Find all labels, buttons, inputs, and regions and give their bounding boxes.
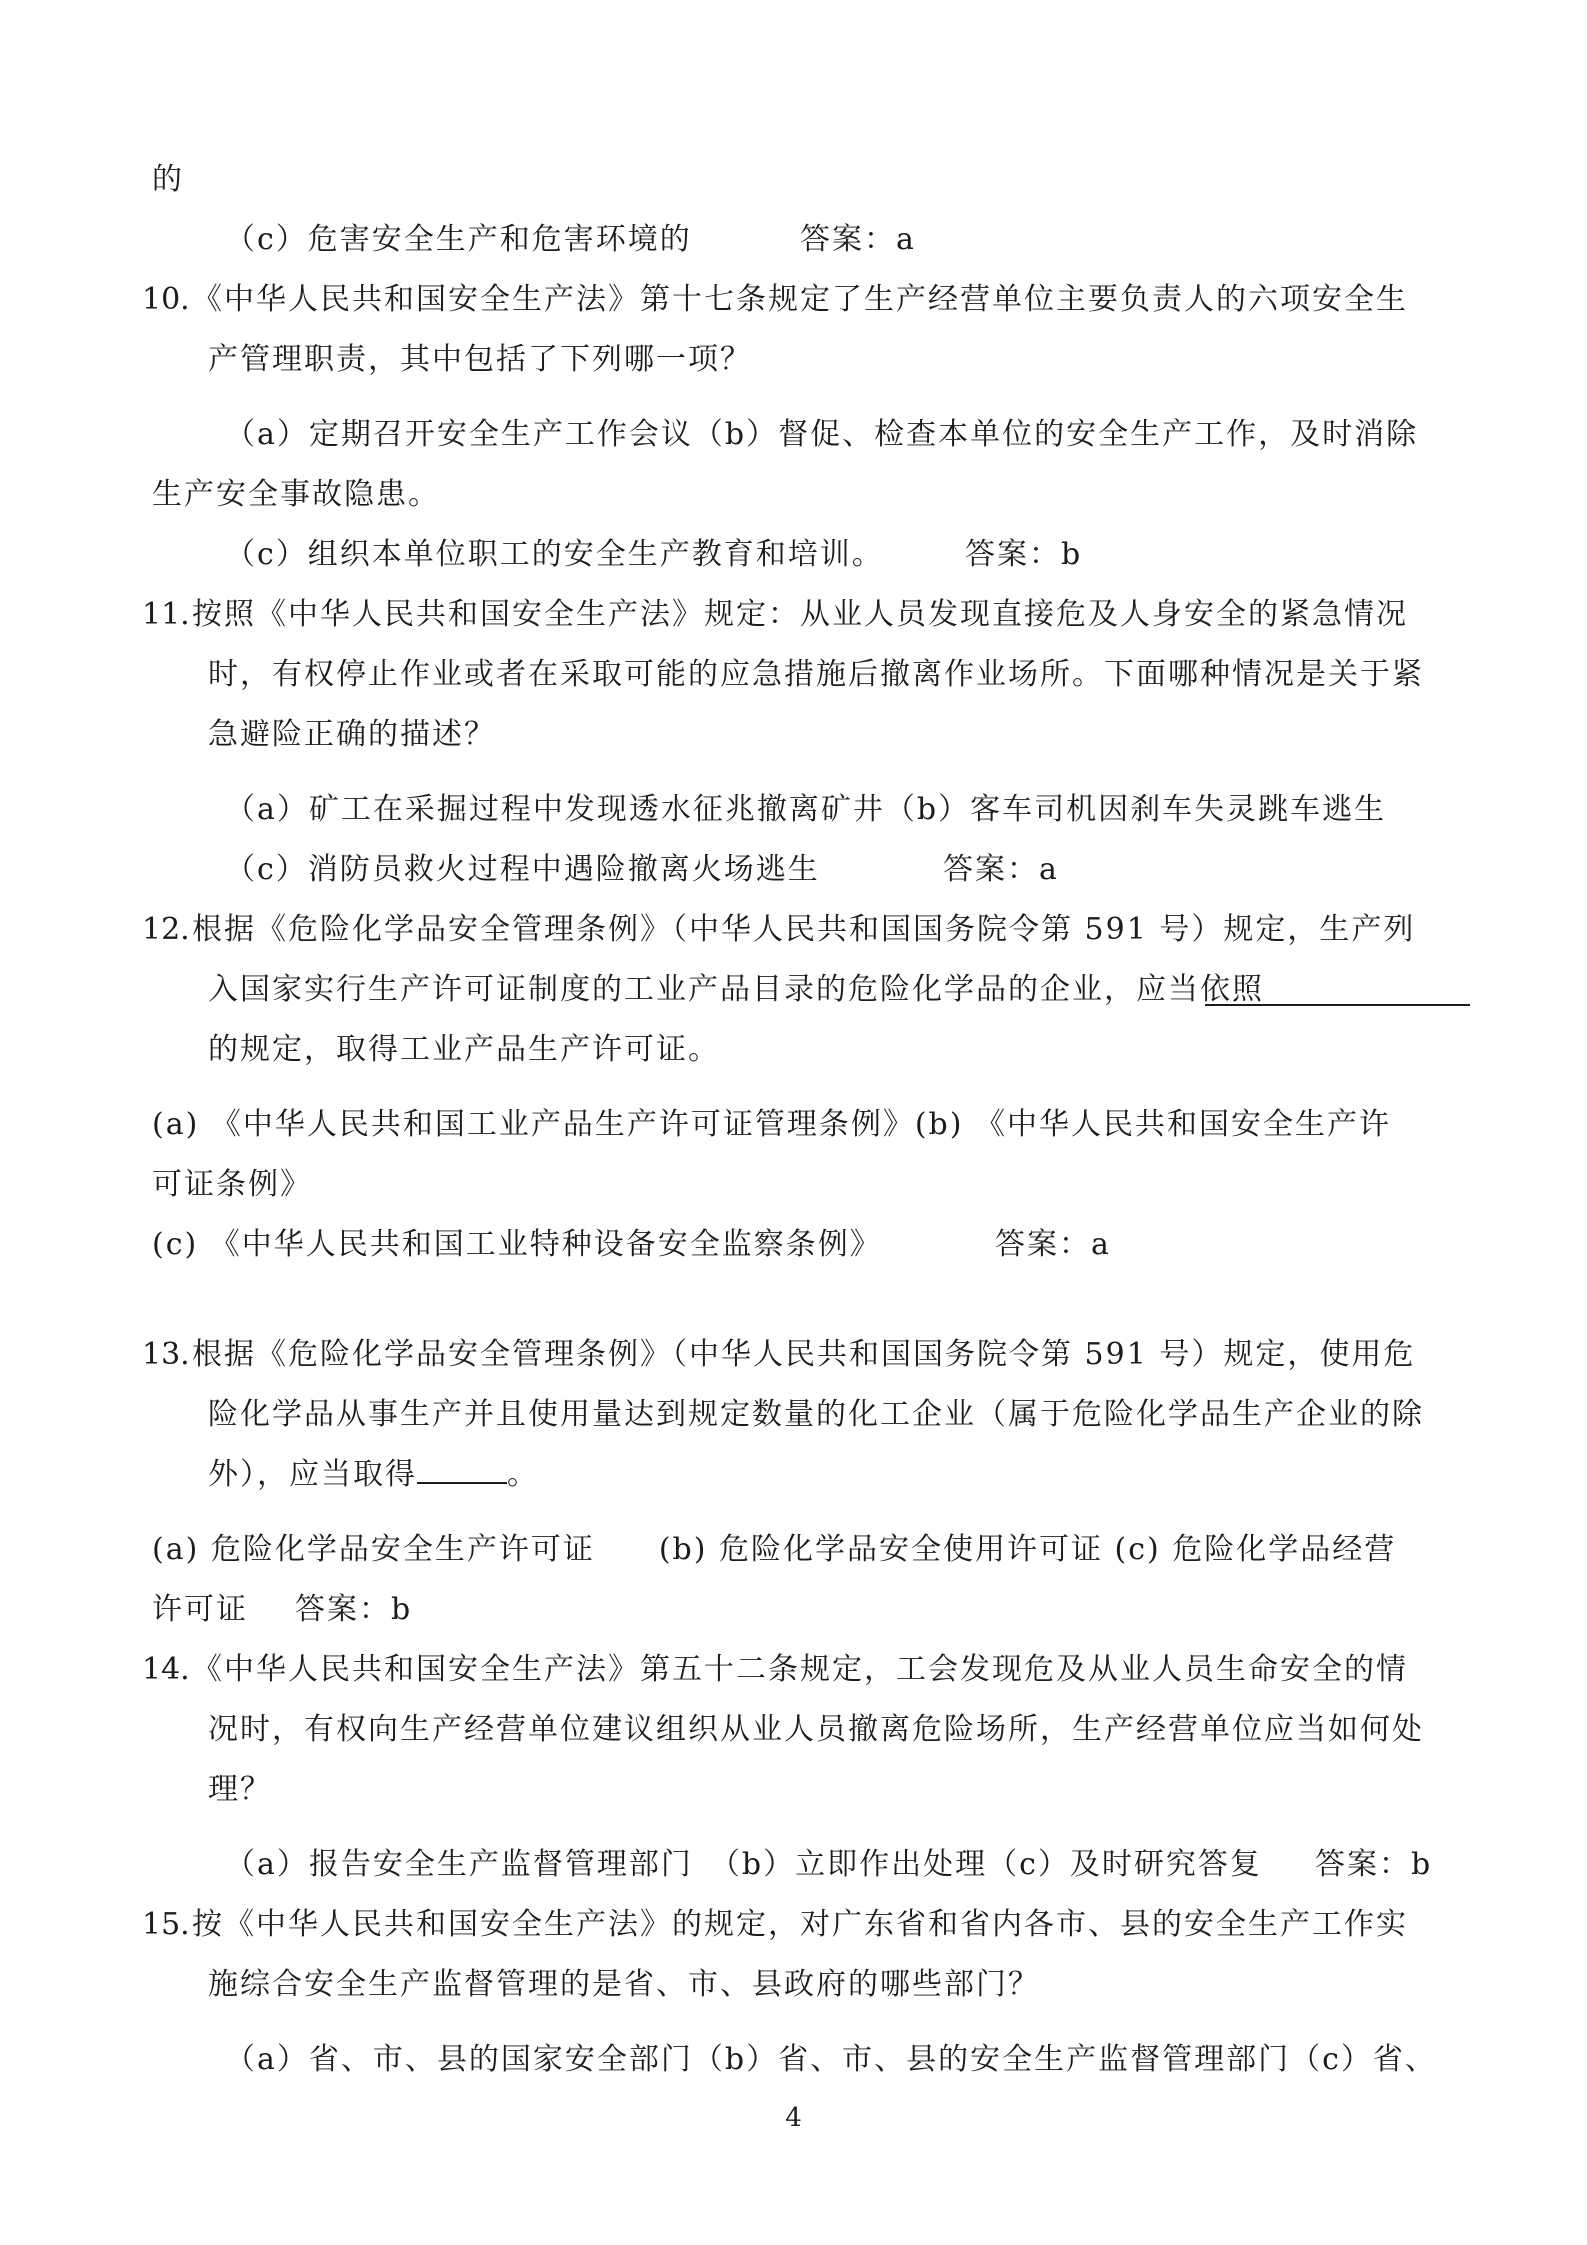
line-text: 根据《危险化学品安全管理条例》（中华人民共和国国务院令第 591 号）规定，使用…: [192, 1337, 1415, 1372]
line-text: 根据《危险化学品安全管理条例》（中华人民共和国国务院令第 591 号）规定，生产…: [192, 912, 1415, 947]
text-line: 理？: [0, 1760, 1587, 1820]
option-line: (c) 《中华人民共和国工业特种设备安全监察条例》答案：a: [0, 1215, 1587, 1275]
line-text: （a）矿工在采掘过程中发现透水征兆撤离矿井（b）客车司机因刹车失灵跳车逃生: [225, 792, 1386, 827]
question-number: 14.: [142, 1640, 192, 1700]
line-text: 时，有权停止作业或者在采取可能的应急措施后撤离作业场所。下面哪种情况是关于紧: [208, 657, 1424, 692]
text-line: 况时，有权向生产经营单位建议组织从业人员撤离危险场所，生产经营单位应当如何处: [0, 1700, 1587, 1760]
text-line: 生产安全事故隐患。: [0, 465, 1587, 525]
line-text: (c) 《中华人民共和国工业特种设备安全监察条例》: [152, 1227, 882, 1262]
line-text: (a) 《中华人民共和国工业产品生产许可证管理条例》(b) 《中华人民共和国安全…: [152, 1107, 1391, 1142]
line-text: 《中华人民共和国安全生产法》第十七条规定了生产经营单位主要负责人的六项安全生: [192, 282, 1408, 317]
text-line: 施综合安全生产监督管理的是省、市、县政府的哪些部门？: [0, 1955, 1587, 2015]
answer-label: 答案：a: [943, 840, 1059, 900]
answer-label: 答案：a: [800, 210, 916, 270]
line-text: 。: [507, 1457, 539, 1492]
page-number: 4: [0, 2098, 1587, 2138]
line-text: 可证条例》: [152, 1167, 312, 1202]
line-text: （c）消防员救火过程中遇险撤离火场逃生: [225, 852, 820, 887]
fill-in-blank-underline: [417, 1448, 507, 1484]
option-line: (a) 危险化学品安全生产许可证 (b) 危险化学品安全使用许可证 (c) 危险…: [0, 1520, 1587, 1580]
line-text: （a）定期召开安全生产工作会议（b）督促、检查本单位的安全生产工作，及时消除: [225, 417, 1418, 452]
option-line: (a) 《中华人民共和国工业产品生产许可证管理条例》(b) 《中华人民共和国安全…: [0, 1095, 1587, 1155]
line-text: 入国家实行生产许可证制度的工业产品目录的危险化学品的企业，应当依照: [208, 972, 1264, 1007]
line-text: 《中华人民共和国安全生产法》第五十二条规定，工会发现危及从业人员生命安全的情: [192, 1652, 1408, 1687]
line-text: 生产安全事故隐患。: [152, 477, 440, 512]
text-line: 险化学品从事生产并且使用量达到规定数量的化工企业（属于危险化学品生产企业的除: [0, 1385, 1587, 1445]
option-line: （a）定期召开安全生产工作会议（b）督促、检查本单位的安全生产工作，及时消除: [0, 405, 1587, 465]
answer-label: 答案：b: [965, 525, 1082, 585]
text-line: 急避险正确的描述？: [0, 705, 1587, 765]
text-line: 可证条例》: [0, 1155, 1587, 1215]
line-text: （a）报告安全生产监督管理部门 （b）立即作出处理（c）及时研究答复: [225, 1847, 1262, 1882]
question-number: 13.: [142, 1325, 192, 1385]
question-number: 10.: [142, 270, 192, 330]
text-line: 的规定，取得工业产品生产许可证。: [0, 1020, 1587, 1080]
question-number: 11.: [142, 585, 192, 645]
line-text: 外），应当取得: [208, 1457, 417, 1492]
question-number: 15.: [142, 1895, 192, 1955]
fill-in-blank-underline: [1205, 1004, 1470, 1006]
option-line: （c）危害安全生产和危害环境的答案：a: [0, 210, 1587, 270]
text-line: 外），应当取得。: [0, 1445, 1587, 1505]
option-line: （a）省、市、县的国家安全部门（b）省、市、县的安全生产监督管理部门（c）省、: [0, 2030, 1587, 2090]
option-line: （a）矿工在采掘过程中发现透水征兆撤离矿井（b）客车司机因刹车失灵跳车逃生: [0, 780, 1587, 840]
answer-label: 答案：b: [295, 1580, 412, 1640]
question-line: 14.《中华人民共和国安全生产法》第五十二条规定，工会发现危及从业人员生命安全的…: [0, 1640, 1587, 1700]
document-page: 的 （c）危害安全生产和危害环境的答案：a 10.《中华人民共和国安全生产法》第…: [0, 0, 1587, 2245]
line-text: （c）组织本单位职工的安全生产教育和培训。: [225, 537, 884, 572]
line-text: 产管理职责，其中包括了下列哪一项？: [208, 342, 752, 377]
line-text: 急避险正确的描述？: [208, 717, 496, 752]
document-content: 的 （c）危害安全生产和危害环境的答案：a 10.《中华人民共和国安全生产法》第…: [0, 0, 1587, 2138]
option-line: （c）消防员救火过程中遇险撤离火场逃生答案：a: [0, 840, 1587, 900]
answer-label: 答案：a: [995, 1215, 1111, 1275]
question-line: 12.根据《危险化学品安全管理条例》（中华人民共和国国务院令第 591 号）规定…: [0, 900, 1587, 960]
text-line: 许可证答案：b: [0, 1580, 1587, 1640]
line-text: 的规定，取得工业产品生产许可证。: [208, 1032, 720, 1067]
answer-label: 答案：b: [1315, 1835, 1432, 1895]
line-text: （a）省、市、县的国家安全部门（b）省、市、县的安全生产监督管理部门（c）省、: [225, 2042, 1437, 2077]
line-text: 施综合安全生产监督管理的是省、市、县政府的哪些部门？: [208, 1967, 1040, 2002]
line-text: 许可证: [152, 1592, 248, 1627]
text-line: 产管理职责，其中包括了下列哪一项？: [0, 330, 1587, 390]
option-line: （a）报告安全生产监督管理部门 （b）立即作出处理（c）及时研究答复答案：b: [0, 1835, 1587, 1895]
line-text: (a) 危险化学品安全生产许可证 (b) 危险化学品安全使用许可证 (c) 危险…: [152, 1532, 1396, 1567]
question-line: 10.《中华人民共和国安全生产法》第十七条规定了生产经营单位主要负责人的六项安全…: [0, 270, 1587, 330]
question-line: 15.按《中华人民共和国安全生产法》的规定，对广东省和省内各市、县的安全生产工作…: [0, 1895, 1587, 1955]
question-number: 12.: [142, 900, 192, 960]
text-line: 的: [0, 150, 1587, 210]
text-line: 时，有权停止作业或者在采取可能的应急措施后撤离作业场所。下面哪种情况是关于紧: [0, 645, 1587, 705]
line-text: 险化学品从事生产并且使用量达到规定数量的化工企业（属于危险化学品生产企业的除: [208, 1397, 1424, 1432]
line-text: 按照《中华人民共和国安全生产法》规定：从业人员发现直接危及人身安全的紧急情况: [192, 597, 1408, 632]
line-text: 按《中华人民共和国安全生产法》的规定，对广东省和省内各市、县的安全生产工作实: [192, 1907, 1408, 1942]
option-line: （c）组织本单位职工的安全生产教育和培训。答案：b: [0, 525, 1587, 585]
text-line: 入国家实行生产许可证制度的工业产品目录的危险化学品的企业，应当依照: [0, 960, 1587, 1020]
question-line: 13.根据《危险化学品安全管理条例》（中华人民共和国国务院令第 591 号）规定…: [0, 1325, 1587, 1385]
question-line: 11.按照《中华人民共和国安全生产法》规定：从业人员发现直接危及人身安全的紧急情…: [0, 585, 1587, 645]
line-text: 况时，有权向生产经营单位建议组织从业人员撤离危险场所，生产经营单位应当如何处: [208, 1712, 1424, 1747]
line-text: 的: [152, 162, 184, 197]
line-text: （c）危害安全生产和危害环境的: [225, 222, 692, 257]
line-text: 理？: [208, 1772, 272, 1807]
